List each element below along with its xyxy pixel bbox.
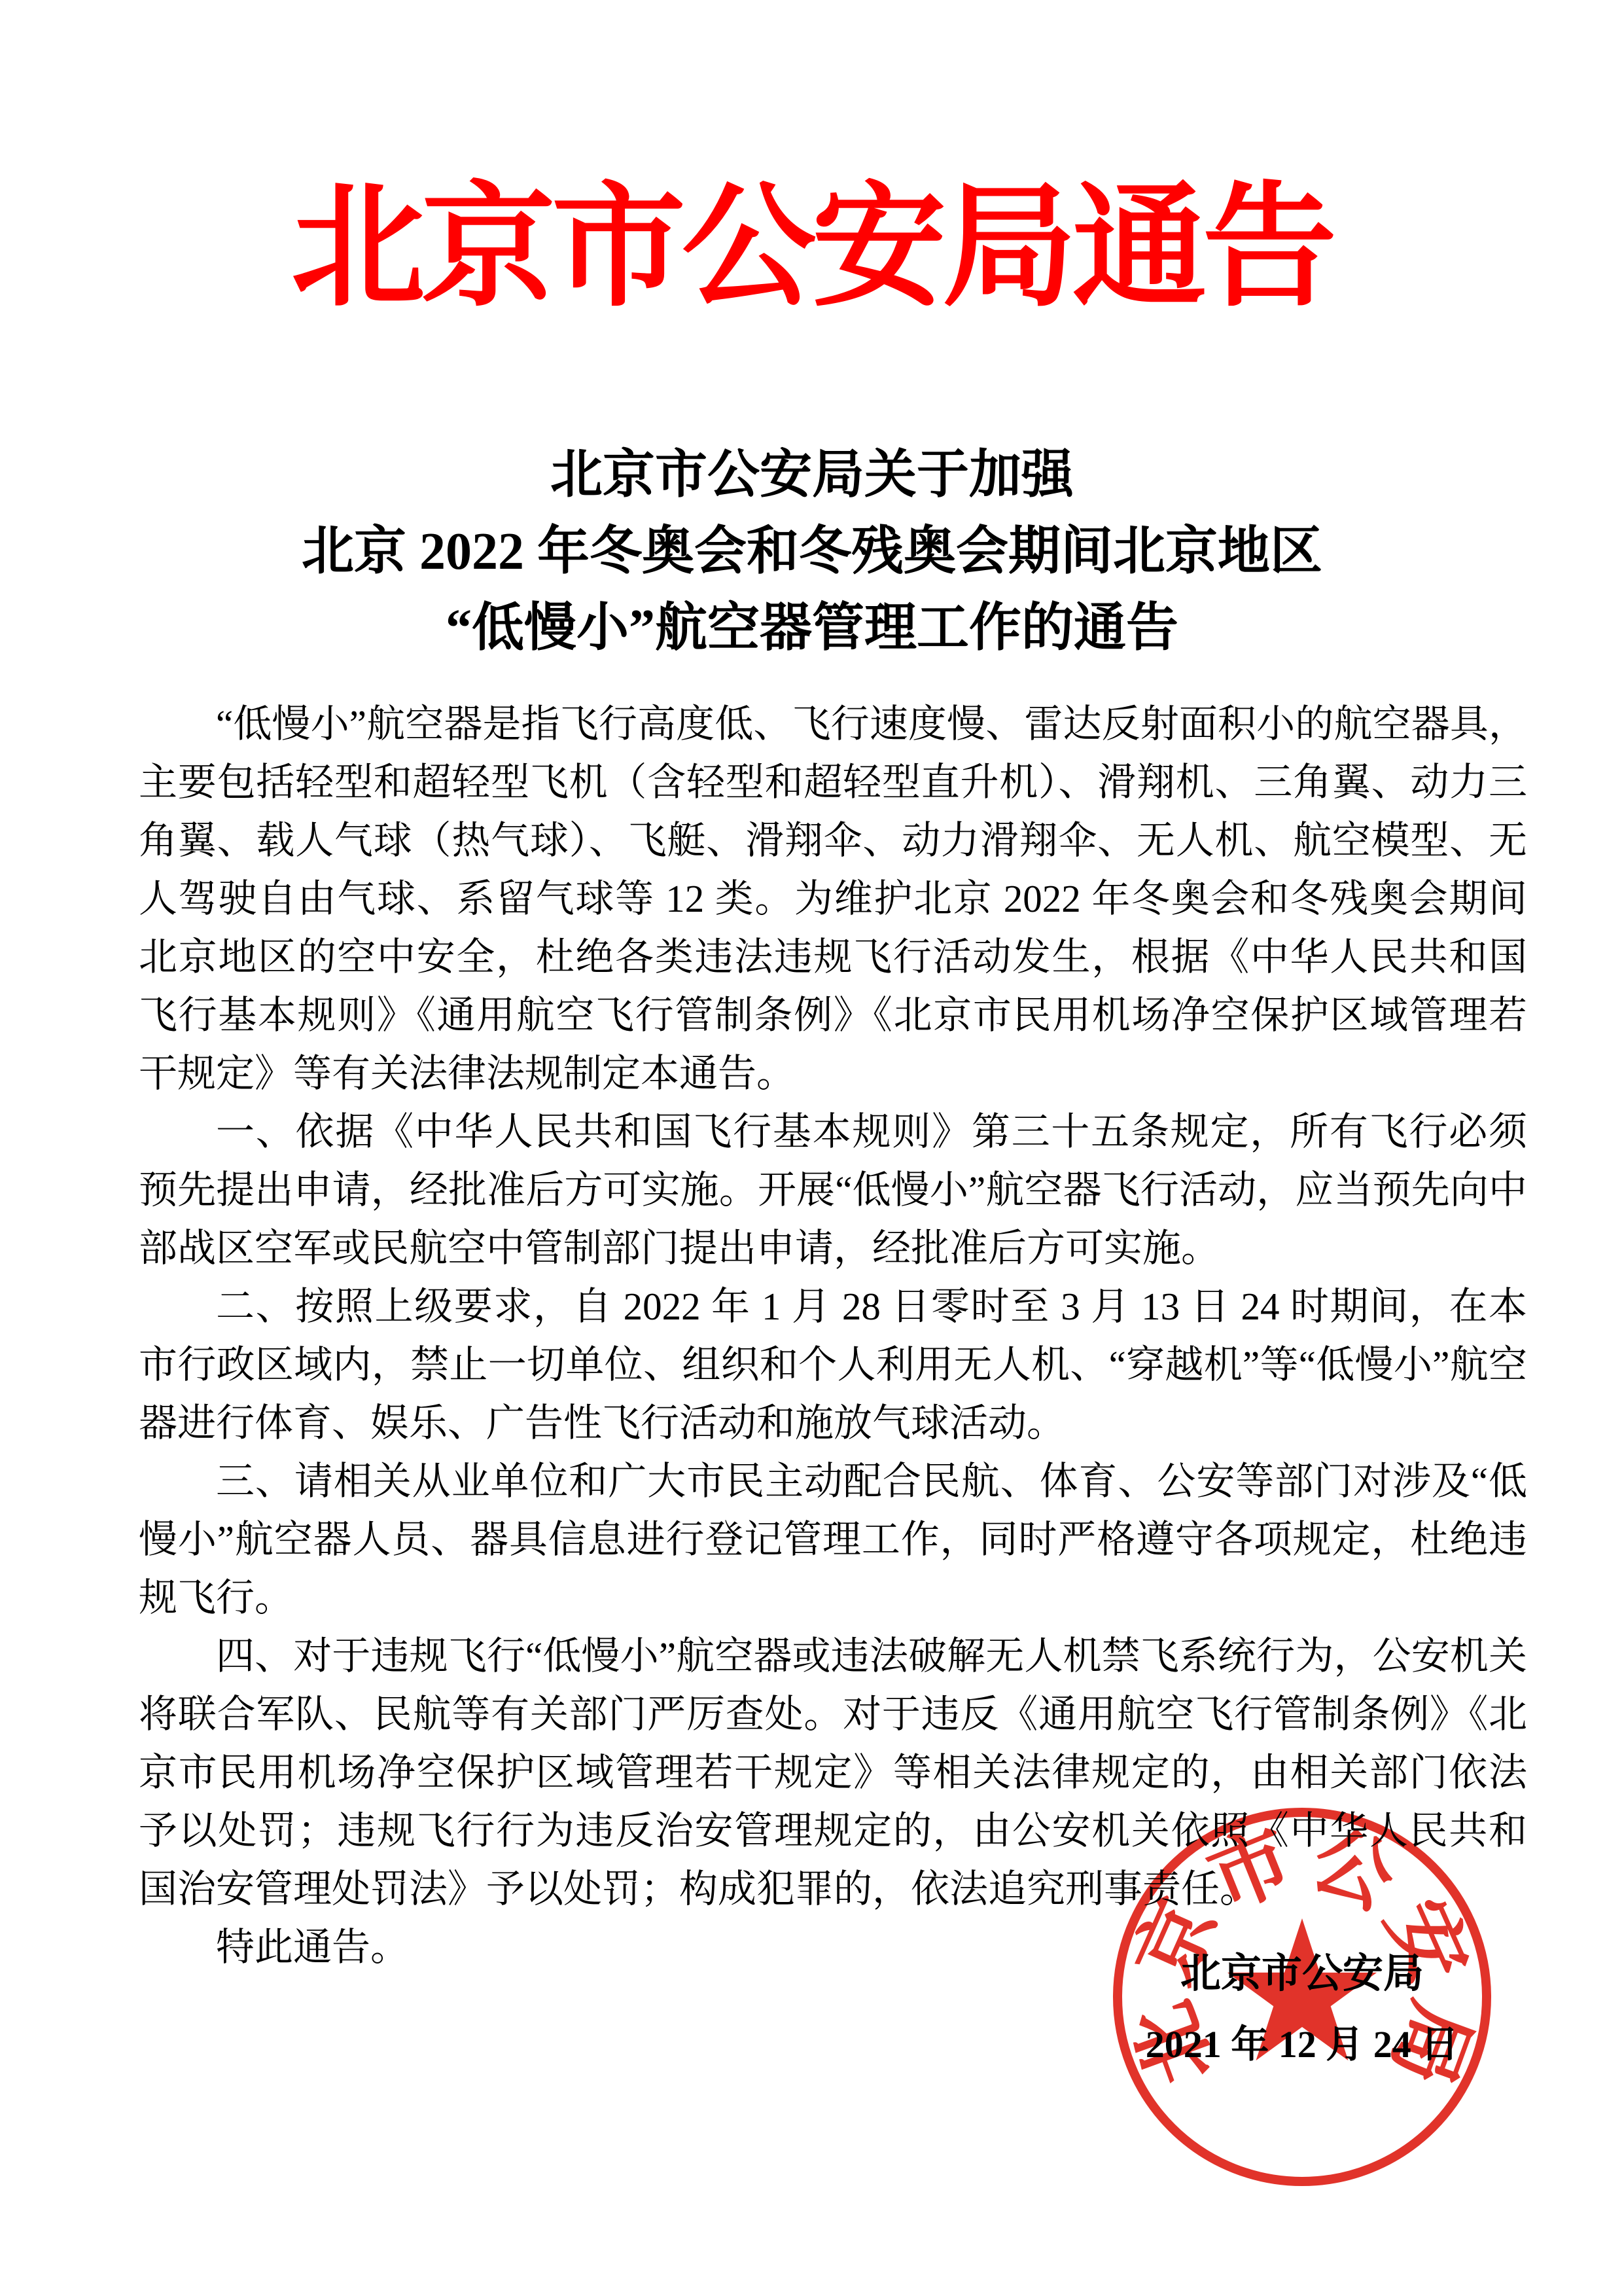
body-paragraph-item-4: 四、对于违规飞行“低慢小”航空器或违法破解无人机禁飞系统行为，公安机关将联合军队…	[139, 1627, 1527, 1918]
body-paragraph-item-3: 三、请相关从业单位和广大市民主动配合民航、体育、公安等部门对涉及“低慢小”航空器…	[139, 1452, 1527, 1627]
notice-body: “低慢小”航空器是指飞行高度低、飞行速度慢、雷达反射面积小的航空器具，主要包括轻…	[139, 695, 1527, 1977]
body-paragraph-item-2: 二、按照上级要求，自 2022 年 1 月 28 日零时至 3 月 13 日 2…	[139, 1278, 1527, 1452]
signature-name: 北京市公安局	[1106, 1954, 1498, 1994]
body-paragraph-item-1: 一、依据《中华人民共和国飞行基本规则》第三十五条规定，所有飞行必须预先提出申请，…	[139, 1103, 1527, 1278]
banner-title: 北京市公安局通告	[0, 178, 1624, 319]
title-line-3: “低慢小”航空器管理工作的通告	[0, 590, 1624, 667]
document-title: 北京市公安局关于加强 北京 2022 年冬奥会和冬残奥会期间北京地区 “低慢小”…	[0, 437, 1624, 667]
signature-date: 2021 年 12 月 24 日	[1106, 2026, 1498, 2064]
body-paragraph-intro: “低慢小”航空器是指飞行高度低、飞行速度慢、雷达反射面积小的航空器具，主要包括轻…	[139, 695, 1527, 1103]
title-line-2: 北京 2022 年冬奥会和冬残奥会期间北京地区	[0, 514, 1624, 590]
title-line-1: 北京市公安局关于加强	[0, 437, 1624, 514]
notice-page: 北京市公安局通告 北京市公安局关于加强 北京 2022 年冬奥会和冬残奥会期间北…	[0, 0, 1624, 2296]
signature-block: 北京市公安局 2021 年 12 月 24 日	[1106, 1954, 1498, 2064]
